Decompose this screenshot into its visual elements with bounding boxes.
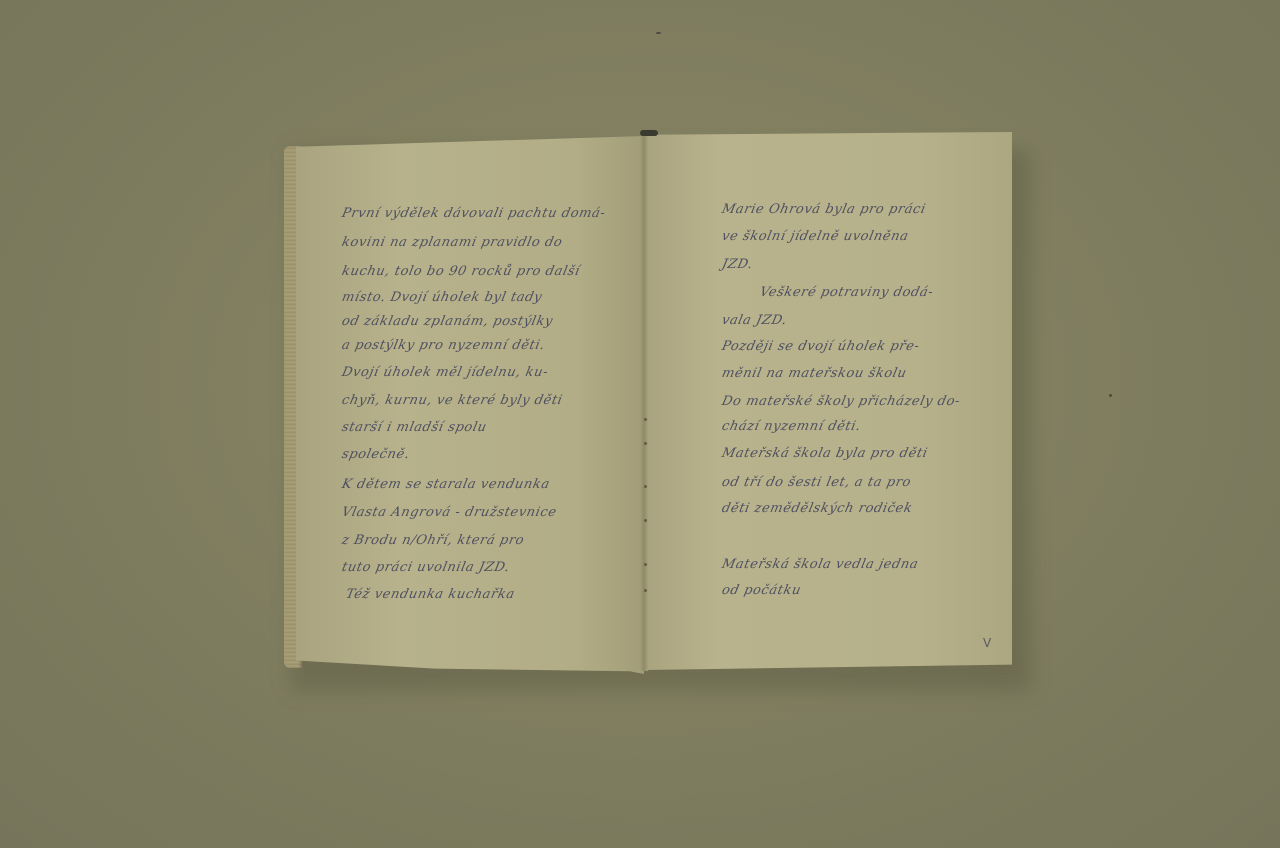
handwritten-line: kuchu, tolo bo 90 rocků pro další [340,264,581,279]
handwritten-line: od tří do šesti let, a ta pro [720,475,912,490]
handwritten-line: a postýlky pro nyzemní děti. [340,338,546,353]
dust-speck [656,32,661,34]
handwritten-line: První výdělek dávovali pachtu domá- [340,206,607,221]
handwritten-line: Též vendunka kuchařka [344,587,516,602]
handwritten-line: od počátku [720,583,802,598]
stitch-mark [644,563,647,566]
handwritten-line: Do mateřské školy přicházely do- [720,394,961,409]
dust-speck [1109,394,1112,397]
handwritten-line: Dvojí úholek měl jídelnu, ku- [340,365,549,380]
handwritten-line: od základu zplanám, postýlky [340,314,554,329]
handwritten-line: Veškeré potraviny dodá- [758,285,934,300]
handwritten-line: K dětem se starala vendunka [340,477,551,492]
handwritten-line: vala JZD. [720,313,788,328]
handwritten-line: z Brodu n/Ohří, která pro [340,533,525,548]
handwritten-line: tuto práci uvolnila JZD. [340,560,511,575]
handwritten-line: starší i mladší spolu [340,420,488,435]
handwritten-line: Mateřská škola vedla jedna [720,557,919,572]
handwritten-line: Vlasta Angrová - družstevnice [340,505,558,520]
stitch-mark [644,418,647,421]
handwritten-line: chází nyzemní děti. [720,419,862,434]
handwritten-line: ve školní jídelně uvolněna [720,229,910,244]
page-number-mark: V [983,636,991,650]
binding-clip [640,130,658,136]
handwritten-line: chyň, kurnu, ve které byly děti [340,393,564,408]
handwritten-line: Marie Ohrová byla pro práci [720,202,927,217]
handwritten-line: Mateřská škola byla pro děti [720,446,929,461]
handwritten-line: měnil na mateřskou školu [720,366,908,381]
handwritten-line: Později se dvojí úholek pře- [720,339,921,354]
handwritten-line: místo. Dvojí úholek byl tady [340,290,543,305]
stitch-mark [644,485,647,488]
handwritten-line: společně. [340,447,411,462]
photo-scene: První výdělek dávovali pachtu domá- kovi… [0,0,1280,848]
stitch-mark [644,589,647,592]
stitch-mark [644,519,647,522]
handwritten-line: JZD. [720,257,754,272]
handwritten-line: kovini na zplanami pravidlo do [340,235,564,250]
stitch-mark [644,442,647,445]
handwritten-line: děti zemědělských rodiček [720,501,914,516]
